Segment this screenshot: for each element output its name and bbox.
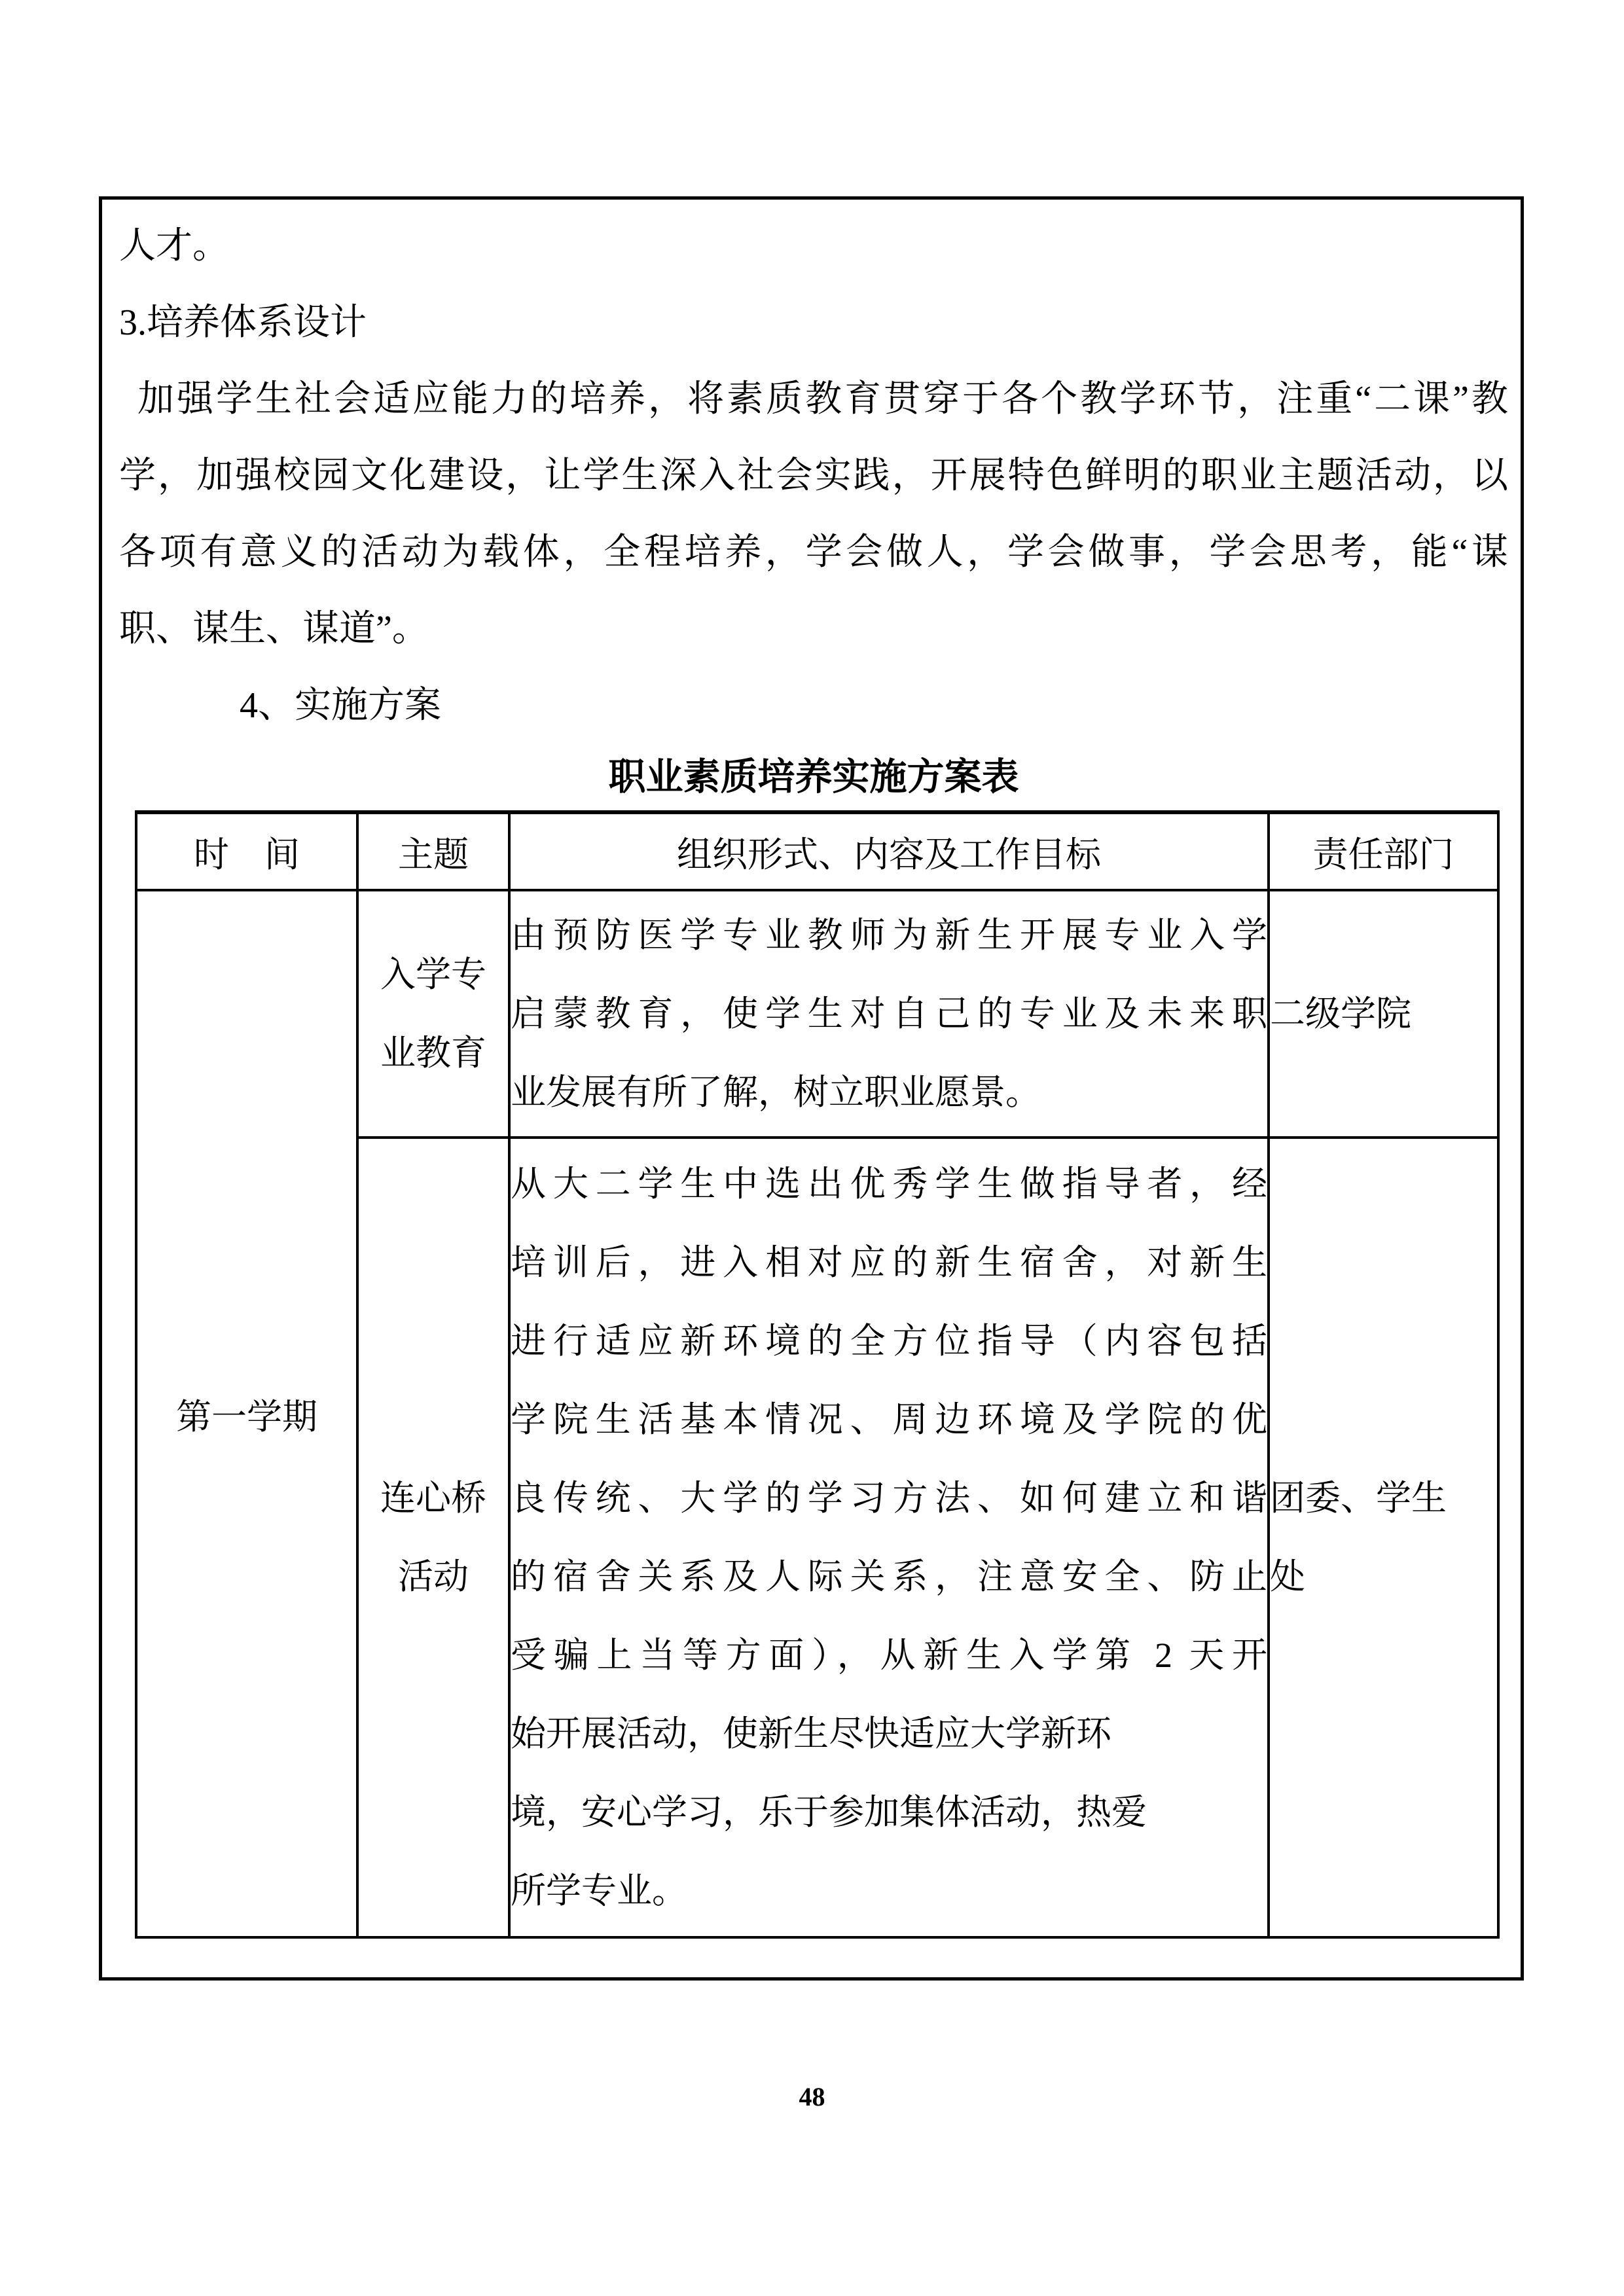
section-heading-4: 4、实施方案 xyxy=(119,668,1508,744)
header-cell-topic: 主题 xyxy=(357,812,509,890)
header-cell-department: 责任部门 xyxy=(1269,812,1498,890)
page-border-frame: 人才。 3.培养体系设计 加强学生社会适应能力的培养，将素质教育贯穿于各个教学环… xyxy=(99,196,1524,1981)
body-text-line: 人才。 xyxy=(119,208,1508,285)
cell-topic-enrollment-education: 入学专业教育 xyxy=(357,890,509,1138)
cell-department-youth-league-student-office: 团委、学生处 xyxy=(1269,1138,1498,1937)
page-number: 48 xyxy=(0,2081,1624,2112)
implementation-plan-table: 时 间 主题 组织形式、内容及工作目标 责任部门 第一学期 入学专业教育 由预防… xyxy=(135,810,1500,1939)
text-line: 连心桥 xyxy=(359,1459,508,1537)
text-line: 始开展活动，使新生尽快适应大学新环 xyxy=(511,1695,1267,1773)
text-line: 团委、学生 xyxy=(1270,1459,1497,1537)
table-header-row: 时 间 主题 组织形式、内容及工作目标 责任部门 xyxy=(136,812,1498,890)
text-line: 良传统、大学的学习方法、如何建立和谐 xyxy=(511,1459,1267,1537)
text-line: 从大二学生中选出优秀学生做指导者，经 xyxy=(511,1145,1267,1223)
text-line: 受骗上当等方面），从新生入学第 2 天开 xyxy=(511,1616,1267,1695)
text-line: 所学专业。 xyxy=(511,1852,1267,1930)
cell-objective-heart-bridge-activity: 从大二学生中选出优秀学生做指导者，经培训后，进入相对应的新生宿舍，对新生进行适应… xyxy=(509,1138,1269,1937)
text-line: 由预防医学专业教师为新生开展专业入学 xyxy=(511,896,1267,975)
table-title: 职业素质培养实施方案表 xyxy=(119,744,1508,810)
text-line: 各项有意义的活动为载体，全程培养，学会做人，学会做事，学会思考，能“谋 xyxy=(119,514,1508,591)
text-line: 二级学院 xyxy=(1270,975,1497,1053)
text-line: 的宿舍关系及人际关系，注意安全、防止 xyxy=(511,1537,1267,1616)
cell-objective-enrollment-education: 由预防医学专业教师为新生开展专业入学启蒙教育，使学生对自己的专业及未来职业发展有… xyxy=(509,890,1269,1138)
text-line: 业教育 xyxy=(359,1014,508,1092)
table-row: 第一学期 入学专业教育 由预防医学专业教师为新生开展专业入学启蒙教育，使学生对自… xyxy=(136,890,1498,1138)
text-line: 加强学生社会适应能力的培养，将素质教育贯穿于各个教学环节，注重“二课”教 xyxy=(119,361,1508,438)
page-content: 人才。 3.培养体系设计 加强学生社会适应能力的培养，将素质教育贯穿于各个教学环… xyxy=(119,208,1508,1939)
section-heading-3: 3.培养体系设计 xyxy=(119,285,1508,361)
text-line: 业发展有所了解，树立职业愿景。 xyxy=(511,1053,1267,1132)
text-line: 职、谋生、谋道”。 xyxy=(119,591,1508,668)
header-cell-time: 时 间 xyxy=(136,812,357,890)
cell-topic-heart-bridge-activity: 连心桥活动 xyxy=(357,1138,509,1937)
paragraph: 加强学生社会适应能力的培养，将素质教育贯穿于各个教学环节，注重“二课”教学，加强… xyxy=(119,361,1508,668)
text-line: 进行适应新环境的全方位指导（内容包括 xyxy=(511,1302,1267,1380)
text-line: 境，安心学习，乐于参加集体活动，热爱 xyxy=(511,1773,1267,1852)
text-line: 活动 xyxy=(359,1537,508,1616)
cell-period: 第一学期 xyxy=(136,890,357,1937)
cell-department-secondary-college: 二级学院 xyxy=(1269,890,1498,1138)
text-line: 处 xyxy=(1270,1537,1497,1616)
text-line: 学院生活基本情况、周边环境及学院的优 xyxy=(511,1380,1267,1459)
header-cell-objective: 组织形式、内容及工作目标 xyxy=(509,812,1269,890)
text-line: 启蒙教育，使学生对自己的专业及未来职 xyxy=(511,975,1267,1053)
document-page: 人才。 3.培养体系设计 加强学生社会适应能力的培养，将素质教育贯穿于各个教学环… xyxy=(0,0,1624,2296)
text-line: 入学专 xyxy=(359,935,508,1014)
text-line: 培训后，进入相对应的新生宿舍，对新生 xyxy=(511,1223,1267,1302)
text-line: 学，加强校园文化建设，让学生深入社会实践，开展特色鲜明的职业主题活动，以 xyxy=(119,438,1508,514)
